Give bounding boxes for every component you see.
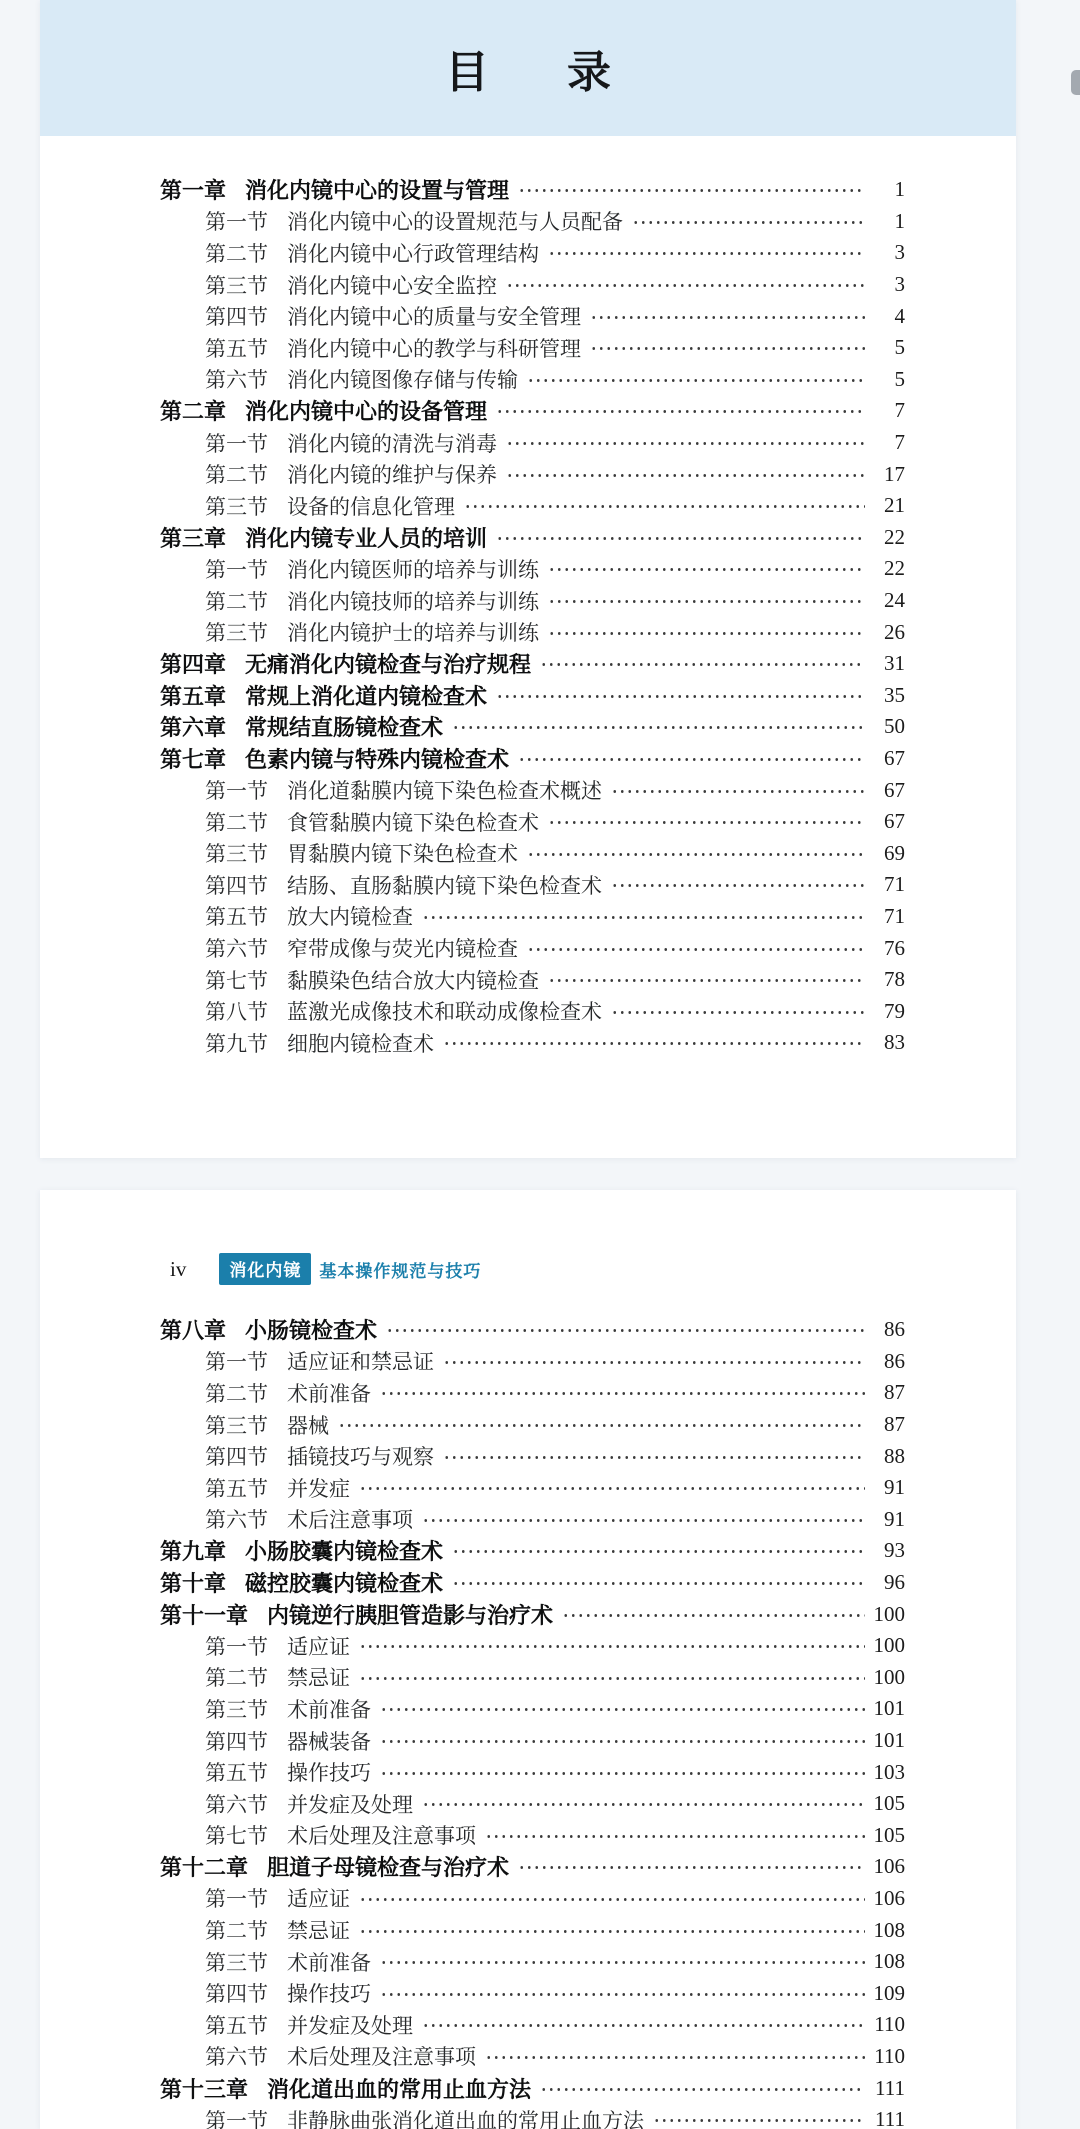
dot-leader xyxy=(464,504,865,509)
toc-row[interactable]: 第七节 黏膜染色结合放大内镜检查 78 xyxy=(160,964,905,996)
toc-row-title: 磁控胶囊内镜检查术 xyxy=(245,1567,443,1598)
toc-row-label: 第四节 xyxy=(205,301,268,331)
toc-row-title: 并发症及处理 xyxy=(287,1789,413,1819)
toc-row-page: 71 xyxy=(871,904,905,929)
toc-row[interactable]: 第十一章 内镜逆行胰胆管造影与治疗术 100 xyxy=(160,1598,905,1630)
toc-row-page: 106 xyxy=(871,1854,905,1879)
dot-leader xyxy=(380,1771,865,1776)
toc-row-title: 消化内镜中心的质量与安全管理 xyxy=(287,301,581,331)
toc-row[interactable]: 第一节 适应证 100 xyxy=(160,1630,905,1662)
dot-leader xyxy=(380,1992,865,1997)
toc-row-title: 消化内镜护士的培养与训练 xyxy=(287,617,539,647)
toc-row-title: 消化内镜图像存储与传输 xyxy=(287,364,518,394)
toc-row-title: 消化内镜中心安全监控 xyxy=(287,270,497,300)
toc-row-title: 术前准备 xyxy=(287,1947,371,1977)
dot-leader xyxy=(359,1486,865,1491)
toc-row-page: 67 xyxy=(871,809,905,834)
dot-leader xyxy=(540,662,865,667)
toc-row-label: 第六节 xyxy=(205,1789,268,1819)
toc-row-title: 黏膜染色结合放大内镜检查 xyxy=(287,965,539,995)
book-subtitle: 基本操作规范与技巧 xyxy=(319,1257,481,1282)
dot-leader xyxy=(548,978,865,983)
dot-leader xyxy=(562,1613,865,1618)
dot-leader xyxy=(611,1010,865,1015)
toc-row-title: 放大内镜检查 xyxy=(287,901,413,931)
toc-row-page: 100 xyxy=(871,1633,905,1658)
toc-row-page: 91 xyxy=(871,1475,905,1500)
dot-leader xyxy=(611,789,865,794)
dot-leader xyxy=(359,1897,865,1902)
toc-row-label: 第二节 xyxy=(205,807,268,837)
toc-row-title: 适应证 xyxy=(287,1883,350,1913)
toc-row-title: 消化内镜技师的培养与训练 xyxy=(287,586,539,616)
toc-row[interactable]: 第一章 消化内镜中心的设置与管理 1 xyxy=(160,174,905,206)
toc-row-label: 第一节 xyxy=(205,428,268,458)
toc-row[interactable]: 第三节 消化内镜护士的培养与训练 26 xyxy=(160,616,905,648)
toc-row[interactable]: 第九章 小肠胶囊内镜检查术 93 xyxy=(160,1535,905,1567)
toc-row-label: 第七章 xyxy=(160,743,226,774)
dot-leader xyxy=(422,2023,865,2028)
toc-row-label: 第一节 xyxy=(205,1883,268,1913)
toc-row[interactable]: 第四节 器械装备 101 xyxy=(160,1725,905,1757)
toc-row-label: 第四节 xyxy=(205,1726,268,1756)
dot-leader xyxy=(452,1549,865,1554)
dot-leader xyxy=(380,1739,865,1744)
toc-row-title: 无痛消化内镜检查与治疗规程 xyxy=(245,648,531,679)
dot-leader xyxy=(496,536,865,541)
toc-row-label: 第九章 xyxy=(160,1535,226,1566)
toc-row-label: 第二节 xyxy=(205,586,268,616)
toc-row-label: 第五节 xyxy=(205,333,268,363)
toc-row[interactable]: 第四节 结肠、直肠黏膜内镜下染色检查术 71 xyxy=(160,869,905,901)
toc-page-2: iv 消化内镜 基本操作规范与技巧 第八章 小肠镜检查术 86 第一节 适应证和… xyxy=(40,1190,1016,2129)
toc-row-label: 第七节 xyxy=(205,1820,268,1850)
document-viewer: 目 录 第一章 消化内镜中心的设置与管理 1 第一节 消化内镜中心的设置规范与人… xyxy=(0,0,1080,2129)
toc-row[interactable]: 第七章 色素内镜与特殊内镜检查术 67 xyxy=(160,743,905,775)
dot-leader xyxy=(653,2118,865,2123)
book-title-badge: 消化内镜 xyxy=(219,1253,311,1285)
toc-row-page: 111 xyxy=(871,2076,905,2101)
toc-row[interactable]: 第二节 术前准备 87 xyxy=(160,1377,905,1409)
toc-row-label: 第四章 xyxy=(160,648,226,679)
dot-leader xyxy=(485,1834,865,1839)
toc-row[interactable]: 第十二章 胆道子母镜检查与治疗术 106 xyxy=(160,1851,905,1883)
dot-leader xyxy=(359,1644,865,1649)
toc-row[interactable]: 第四节 插镜技巧与观察 88 xyxy=(160,1440,905,1472)
dot-leader xyxy=(422,915,865,920)
dot-leader xyxy=(548,820,865,825)
toc-row-title: 术后处理及注意事项 xyxy=(287,1820,476,1850)
toc-row-label: 第一节 xyxy=(205,775,268,805)
toc-row-title: 禁忌证 xyxy=(287,1662,350,1692)
toc-row-page: 35 xyxy=(871,683,905,708)
dot-leader xyxy=(590,346,865,351)
toc-row-label: 第二节 xyxy=(205,1662,268,1692)
toc-row[interactable]: 第九节 细胞内镜检查术 83 xyxy=(160,1027,905,1059)
toc-row-title: 细胞内镜检查术 xyxy=(287,1028,434,1058)
toc-row-page: 109 xyxy=(871,1981,905,2006)
toc-row-page: 5 xyxy=(871,367,905,392)
toc-row[interactable]: 第六章 常规结直肠镜检查术 50 xyxy=(160,711,905,743)
scrollbar-thumb[interactable] xyxy=(1071,70,1080,95)
toc-row-label: 第二节 xyxy=(205,459,268,489)
dot-leader xyxy=(527,852,865,857)
toc-row-label: 第二节 xyxy=(205,1378,268,1408)
dot-leader xyxy=(386,1328,865,1333)
toc-row-title: 胆道子母镜检查与治疗术 xyxy=(267,1851,509,1882)
toc-row-label: 第四节 xyxy=(205,870,268,900)
toc-row[interactable]: 第二节 禁忌证 100 xyxy=(160,1662,905,1694)
toc-row-title: 设备的信息化管理 xyxy=(287,491,455,521)
toc-row[interactable]: 第三节 胃黏膜内镜下染色检查术 69 xyxy=(160,837,905,869)
toc-row-page: 24 xyxy=(871,588,905,613)
toc-row-label: 第六节 xyxy=(205,364,268,394)
toc-row-label: 第四节 xyxy=(205,1978,268,2008)
dot-leader xyxy=(506,473,865,478)
dot-leader xyxy=(548,567,865,572)
toc-row-label: 第一节 xyxy=(205,554,268,584)
toc-row-page: 78 xyxy=(871,967,905,992)
dot-leader xyxy=(548,599,865,604)
toc-row-page: 100 xyxy=(871,1665,905,1690)
toc-row[interactable]: 第三节 消化内镜中心安全监控 3 xyxy=(160,269,905,301)
dot-leader xyxy=(527,378,865,383)
toc-row-label: 第五节 xyxy=(205,901,268,931)
toc-row-page: 5 xyxy=(871,335,905,360)
toc-row[interactable]: 第四节 操作技巧 109 xyxy=(160,1977,905,2009)
toc-row-title: 术前准备 xyxy=(287,1378,371,1408)
toc-row-page: 86 xyxy=(871,1317,905,1342)
toc-row-page: 108 xyxy=(871,1949,905,1974)
toc-row-page: 79 xyxy=(871,999,905,1024)
toc-row-page: 105 xyxy=(871,1791,905,1816)
toc-row-page: 101 xyxy=(871,1728,905,1753)
dot-leader xyxy=(611,883,865,888)
toc-row-label: 第三节 xyxy=(205,838,268,868)
toc-row[interactable]: 第三节 术前准备 101 xyxy=(160,1693,905,1725)
toc-row[interactable]: 第一节 消化内镜中心的设置规范与人员配备 1 xyxy=(160,206,905,238)
toc-row-label: 第一章 xyxy=(160,174,226,205)
toc-row-page: 1 xyxy=(871,209,905,234)
toc-row-page: 1 xyxy=(871,177,905,202)
toc-row-page: 67 xyxy=(871,778,905,803)
toc-row[interactable]: 第六节 消化内镜图像存储与传输 5 xyxy=(160,364,905,396)
dot-leader xyxy=(632,220,865,225)
toc-row-page: 110 xyxy=(871,2012,905,2037)
toc-row-label: 第八节 xyxy=(205,996,268,1026)
toc-row-page: 88 xyxy=(871,1444,905,1469)
toc-row[interactable]: 第五节 操作技巧 103 xyxy=(160,1756,905,1788)
toc-row-page: 101 xyxy=(871,1696,905,1721)
dot-leader xyxy=(496,694,865,699)
toc-row-page: 21 xyxy=(871,493,905,518)
toc-row-page: 76 xyxy=(871,936,905,961)
toc-row-page: 22 xyxy=(871,556,905,581)
dot-leader xyxy=(518,188,865,193)
toc-list-page-1: 第一章 消化内镜中心的设置与管理 1 第一节 消化内镜中心的设置规范与人员配备 … xyxy=(160,174,905,1059)
toc-row[interactable]: 第三章 消化内镜专业人员的培训 22 xyxy=(160,522,905,554)
toc-row-title: 适应证 xyxy=(287,1631,350,1661)
toc-row-page: 17 xyxy=(871,462,905,487)
dot-leader xyxy=(540,2087,865,2092)
toc-row-title: 常规上消化道内镜检查术 xyxy=(245,680,487,711)
dot-leader xyxy=(359,1676,865,1681)
toc-row-page: 67 xyxy=(871,746,905,771)
toc-row[interactable]: 第十三章 消化道出血的常用止血方法 111 xyxy=(160,2072,905,2104)
toc-row[interactable]: 第二章 消化内镜中心的设备管理 7 xyxy=(160,395,905,427)
toc-row[interactable]: 第四章 无痛消化内镜检查与治疗规程 31 xyxy=(160,648,905,680)
dot-leader xyxy=(359,1929,865,1934)
toc-row-label: 第五章 xyxy=(160,680,226,711)
toc-title-char-1: 目 xyxy=(445,36,489,100)
toc-row-label: 第三节 xyxy=(205,270,268,300)
toc-row[interactable]: 第六节 术后处理及注意事项 110 xyxy=(160,2041,905,2073)
toc-row[interactable]: 第一节 消化内镜医师的培养与训练 22 xyxy=(160,553,905,585)
toc-row-label: 第五节 xyxy=(205,1757,268,1787)
toc-row-label: 第一节 xyxy=(205,1346,268,1376)
dot-leader xyxy=(422,1518,865,1523)
toc-row-label: 第三节 xyxy=(205,491,268,521)
toc-row-page: 91 xyxy=(871,1507,905,1532)
toc-row-label: 第四节 xyxy=(205,1441,268,1471)
toc-row-title: 消化道出血的常用止血方法 xyxy=(267,2073,531,2104)
dot-leader xyxy=(496,409,865,414)
toc-row-page: 96 xyxy=(871,1570,905,1595)
toc-row[interactable]: 第二节 食管黏膜内镜下染色检查术 67 xyxy=(160,806,905,838)
toc-row-label: 第六节 xyxy=(205,2041,268,2071)
toc-row[interactable]: 第一节 消化道黏膜内镜下染色检查术概述 67 xyxy=(160,774,905,806)
toc-row-title: 消化内镜中心的设置与管理 xyxy=(245,174,509,205)
toc-row[interactable]: 第五章 常规上消化道内镜检查术 35 xyxy=(160,680,905,712)
dot-leader xyxy=(452,1581,865,1586)
toc-row-label: 第一节 xyxy=(205,1631,268,1661)
toc-row-label: 第十一章 xyxy=(160,1599,248,1630)
toc-row-title: 术后处理及注意事项 xyxy=(287,2041,476,2071)
toc-row[interactable]: 第四节 消化内镜中心的质量与安全管理 4 xyxy=(160,300,905,332)
toc-row-page: 108 xyxy=(871,1918,905,1943)
dot-leader xyxy=(452,725,865,730)
toc-row[interactable]: 第五节 放大内镜检查 71 xyxy=(160,901,905,933)
toc-row-title: 消化内镜中心行政管理结构 xyxy=(287,238,539,268)
toc-row[interactable]: 第二节 禁忌证 108 xyxy=(160,1914,905,1946)
dot-leader xyxy=(590,315,865,320)
toc-row-title: 小肠胶囊内镜检查术 xyxy=(245,1535,443,1566)
toc-row-label: 第三章 xyxy=(160,522,226,553)
toc-row-page: 100 xyxy=(871,1602,905,1627)
toc-row-label: 第八章 xyxy=(160,1314,226,1345)
toc-row-title: 胃黏膜内镜下染色检查术 xyxy=(287,838,518,868)
dot-leader xyxy=(380,1391,865,1396)
toc-row-label: 第三节 xyxy=(205,1694,268,1724)
toc-row[interactable]: 第十章 磁控胶囊内镜检查术 96 xyxy=(160,1567,905,1599)
toc-row-page: 7 xyxy=(871,398,905,423)
toc-row-page: 110 xyxy=(871,2044,905,2069)
toc-page-1: 目 录 第一章 消化内镜中心的设置与管理 1 第一节 消化内镜中心的设置规范与人… xyxy=(40,0,1016,1158)
toc-row-label: 第三节 xyxy=(205,1410,268,1440)
toc-row-label: 第十章 xyxy=(160,1567,226,1598)
toc-row-label: 第六节 xyxy=(205,1504,268,1534)
toc-row-page: 69 xyxy=(871,841,905,866)
toc-row-title: 窄带成像与荧光内镜检查 xyxy=(287,933,518,963)
toc-row-title: 禁忌证 xyxy=(287,1915,350,1945)
toc-row-page: 83 xyxy=(871,1030,905,1055)
toc-row-page: 71 xyxy=(871,872,905,897)
toc-row-label: 第二节 xyxy=(205,1915,268,1945)
toc-row-title: 器械装备 xyxy=(287,1726,371,1756)
toc-row[interactable]: 第八节 蓝激光成像技术和联动成像检查术 79 xyxy=(160,995,905,1027)
toc-row-page: 106 xyxy=(871,1886,905,1911)
toc-row-title: 消化内镜中心的设备管理 xyxy=(245,395,487,426)
toc-row-title: 色素内镜与特殊内镜检查术 xyxy=(245,743,509,774)
toc-row-page: 26 xyxy=(871,620,905,645)
folio-page-number: iv xyxy=(170,1257,186,1282)
toc-row-title: 消化内镜的维护与保养 xyxy=(287,459,497,489)
toc-row-title: 蓝激光成像技术和联动成像检查术 xyxy=(287,996,602,1026)
toc-row[interactable]: 第一节 适应证和禁忌证 86 xyxy=(160,1346,905,1378)
toc-row-label: 第十三章 xyxy=(160,2073,248,2104)
dot-leader xyxy=(443,1041,865,1046)
toc-row-title: 器械 xyxy=(287,1410,329,1440)
toc-row[interactable]: 第五节 并发症及处理 110 xyxy=(160,2009,905,2041)
dot-leader xyxy=(518,757,865,762)
dot-leader xyxy=(485,2055,865,2060)
toc-list-page-2: 第八章 小肠镜检查术 86 第一节 适应证和禁忌证 86 第二节 术前准备 87… xyxy=(160,1314,905,2129)
dot-leader xyxy=(338,1423,865,1428)
toc-row-title: 非静脉曲张消化道出血的常用止血方法 xyxy=(287,2105,644,2129)
toc-row-title: 消化内镜中心的教学与科研管理 xyxy=(287,333,581,363)
dot-leader xyxy=(380,1707,865,1712)
toc-row[interactable]: 第七节 术后处理及注意事项 105 xyxy=(160,1820,905,1852)
toc-row-title: 操作技巧 xyxy=(287,1757,371,1787)
toc-row-page: 87 xyxy=(871,1412,905,1437)
dot-leader xyxy=(443,1360,865,1365)
toc-row[interactable]: 第一节 消化内镜的清洗与消毒 7 xyxy=(160,427,905,459)
dot-leader xyxy=(527,947,865,952)
dot-leader xyxy=(506,283,865,288)
dot-leader xyxy=(422,1802,865,1807)
toc-row-title: 适应证和禁忌证 xyxy=(287,1346,434,1376)
toc-row[interactable]: 第二节 消化内镜中心行政管理结构 3 xyxy=(160,237,905,269)
toc-row-title: 常规结直肠镜检查术 xyxy=(245,711,443,742)
toc-row-page: 31 xyxy=(871,651,905,676)
toc-row-title: 术前准备 xyxy=(287,1694,371,1724)
toc-row-title: 消化内镜专业人员的培训 xyxy=(245,522,487,553)
toc-banner: 目 录 xyxy=(40,0,1016,136)
toc-row-label: 第三节 xyxy=(205,1947,268,1977)
toc-row-label: 第三节 xyxy=(205,617,268,647)
toc-row-title: 内镜逆行胰胆管造影与治疗术 xyxy=(267,1599,553,1630)
toc-row-page: 103 xyxy=(871,1760,905,1785)
toc-row-label: 第九节 xyxy=(205,1028,268,1058)
dot-leader xyxy=(548,251,865,256)
toc-row-title: 消化内镜的清洗与消毒 xyxy=(287,428,497,458)
toc-row[interactable]: 第二节 消化内镜技师的培养与训练 24 xyxy=(160,585,905,617)
toc-row[interactable]: 第三节 器械 87 xyxy=(160,1409,905,1441)
toc-row-label: 第一节 xyxy=(205,206,268,236)
toc-row-title: 操作技巧 xyxy=(287,1978,371,2008)
toc-row-page: 87 xyxy=(871,1380,905,1405)
toc-row[interactable]: 第六节 术后注意事项 91 xyxy=(160,1504,905,1536)
toc-row-label: 第七节 xyxy=(205,965,268,995)
dot-leader xyxy=(518,1865,865,1870)
toc-row[interactable]: 第一节 非静脉曲张消化道出血的常用止血方法 111 xyxy=(160,2104,905,2129)
toc-row-title: 并发症 xyxy=(287,1473,350,1503)
toc-row[interactable]: 第八章 小肠镜检查术 86 xyxy=(160,1314,905,1346)
toc-row-title: 消化内镜医师的培养与训练 xyxy=(287,554,539,584)
toc-row-title: 插镜技巧与观察 xyxy=(287,1441,434,1471)
dot-leader xyxy=(380,1960,865,1965)
toc-row[interactable]: 第二节 消化内镜的维护与保养 17 xyxy=(160,458,905,490)
toc-row-title: 消化内镜中心的设置规范与人员配备 xyxy=(287,206,623,236)
toc-row-label: 第六节 xyxy=(205,933,268,963)
toc-row-label: 第二章 xyxy=(160,395,226,426)
toc-row-page: 111 xyxy=(871,2107,905,2129)
toc-row-title: 并发症及处理 xyxy=(287,2010,413,2040)
toc-row-page: 105 xyxy=(871,1823,905,1848)
toc-row-page: 7 xyxy=(871,430,905,455)
toc-row[interactable]: 第六节 窄带成像与荧光内镜检查 76 xyxy=(160,932,905,964)
toc-row-page: 22 xyxy=(871,525,905,550)
toc-row-title: 术后注意事项 xyxy=(287,1504,413,1534)
toc-row-title: 小肠镜检查术 xyxy=(245,1314,377,1345)
toc-row-label: 第二节 xyxy=(205,238,268,268)
toc-row-title: 食管黏膜内镜下染色检查术 xyxy=(287,807,539,837)
toc-row-label: 第一节 xyxy=(205,2105,268,2129)
dot-leader xyxy=(548,631,865,636)
toc-row-page: 93 xyxy=(871,1538,905,1563)
toc-row-label: 第五节 xyxy=(205,2010,268,2040)
toc-title-char-2: 录 xyxy=(567,36,611,100)
toc-row[interactable]: 第六节 并发症及处理 105 xyxy=(160,1788,905,1820)
running-header: iv 消化内镜 基本操作规范与技巧 xyxy=(170,1254,481,1284)
toc-row-page: 3 xyxy=(871,240,905,265)
toc-row-page: 50 xyxy=(871,714,905,739)
toc-row[interactable]: 第三节 设备的信息化管理 21 xyxy=(160,490,905,522)
toc-row-page: 3 xyxy=(871,272,905,297)
toc-row-page: 4 xyxy=(871,304,905,329)
toc-row[interactable]: 第三节 术前准备 108 xyxy=(160,1946,905,1978)
toc-row-page: 86 xyxy=(871,1349,905,1374)
toc-row[interactable]: 第五节 并发症 91 xyxy=(160,1472,905,1504)
toc-row-title: 结肠、直肠黏膜内镜下染色检查术 xyxy=(287,870,602,900)
dot-leader xyxy=(506,441,865,446)
dot-leader xyxy=(443,1455,865,1460)
toc-row[interactable]: 第一节 适应证 106 xyxy=(160,1883,905,1915)
toc-row[interactable]: 第五节 消化内镜中心的教学与科研管理 5 xyxy=(160,332,905,364)
page-title: 目 录 xyxy=(445,36,611,100)
toc-row-label: 第十二章 xyxy=(160,1851,248,1882)
toc-row-label: 第五节 xyxy=(205,1473,268,1503)
toc-row-title: 消化道黏膜内镜下染色检查术概述 xyxy=(287,775,602,805)
toc-row-label: 第六章 xyxy=(160,711,226,742)
